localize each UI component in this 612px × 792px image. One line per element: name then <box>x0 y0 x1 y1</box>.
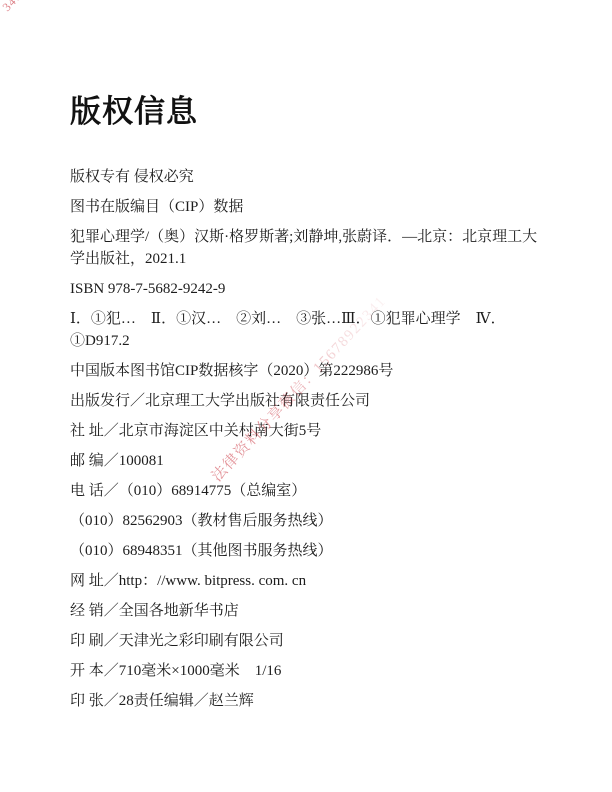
colophon-line-cip-number: 中国版本图书馆CIP数据核字（2020）第222986号 <box>70 360 542 382</box>
colophon-line-printer: 印 刷／天津光之彩印刷有限公司 <box>70 630 542 652</box>
colophon-line-phone-other: （010）68948351（其他图书服务热线） <box>70 540 542 562</box>
colophon-line-postcode: 邮 编／100081 <box>70 450 542 472</box>
colophon-line-format: 开 本／710毫米×1000毫米 1/16 <box>70 660 542 682</box>
watermark-corner-fragment: 341 <box>0 0 25 15</box>
page-title: 版权信息 <box>70 95 542 129</box>
colophon-line-distribution: 经 销／全国各地新华书店 <box>70 600 542 622</box>
colophon-line-sheets-editor: 印 张／28责任编辑／赵兰辉 <box>70 690 542 712</box>
colophon-block: 版权专有 侵权必究 图书在版编目（CIP）数据 犯罪心理学/（奥）汉斯·格罗斯著… <box>70 166 542 712</box>
colophon-line-cip-heading: 图书在版编目（CIP）数据 <box>70 196 542 218</box>
copyright-page: 版权信息 版权专有 侵权必究 图书在版编目（CIP）数据 犯罪心理学/（奥）汉斯… <box>0 0 612 792</box>
colophon-line-phone-main: 电 话／（010）68914775（总编室） <box>70 480 542 502</box>
colophon-line-website: 网 址／http：//www. bitpress. com. cn <box>70 570 542 592</box>
colophon-line-classification: Ⅰ．①犯… Ⅱ．①汉… ②刘… ③张…Ⅲ．①犯罪心理学 Ⅳ．①D917.2 <box>70 308 542 352</box>
colophon-line-publisher: 出版发行／北京理工大学出版社有限责任公司 <box>70 390 542 412</box>
colophon-line-isbn: ISBN 978-7-5682-9242-9 <box>70 278 542 300</box>
colophon-line-address: 社 址／北京市海淀区中关村南大街5号 <box>70 420 542 442</box>
colophon-line-phone-textbook: （010）82562903（教材售后服务热线） <box>70 510 542 532</box>
colophon-line-book-description: 犯罪心理学/（奥）汉斯·格罗斯著;刘静坤,张蔚译．—北京：北京理工大学出版社，2… <box>70 226 542 270</box>
colophon-line-copyright-notice: 版权专有 侵权必究 <box>70 166 542 188</box>
